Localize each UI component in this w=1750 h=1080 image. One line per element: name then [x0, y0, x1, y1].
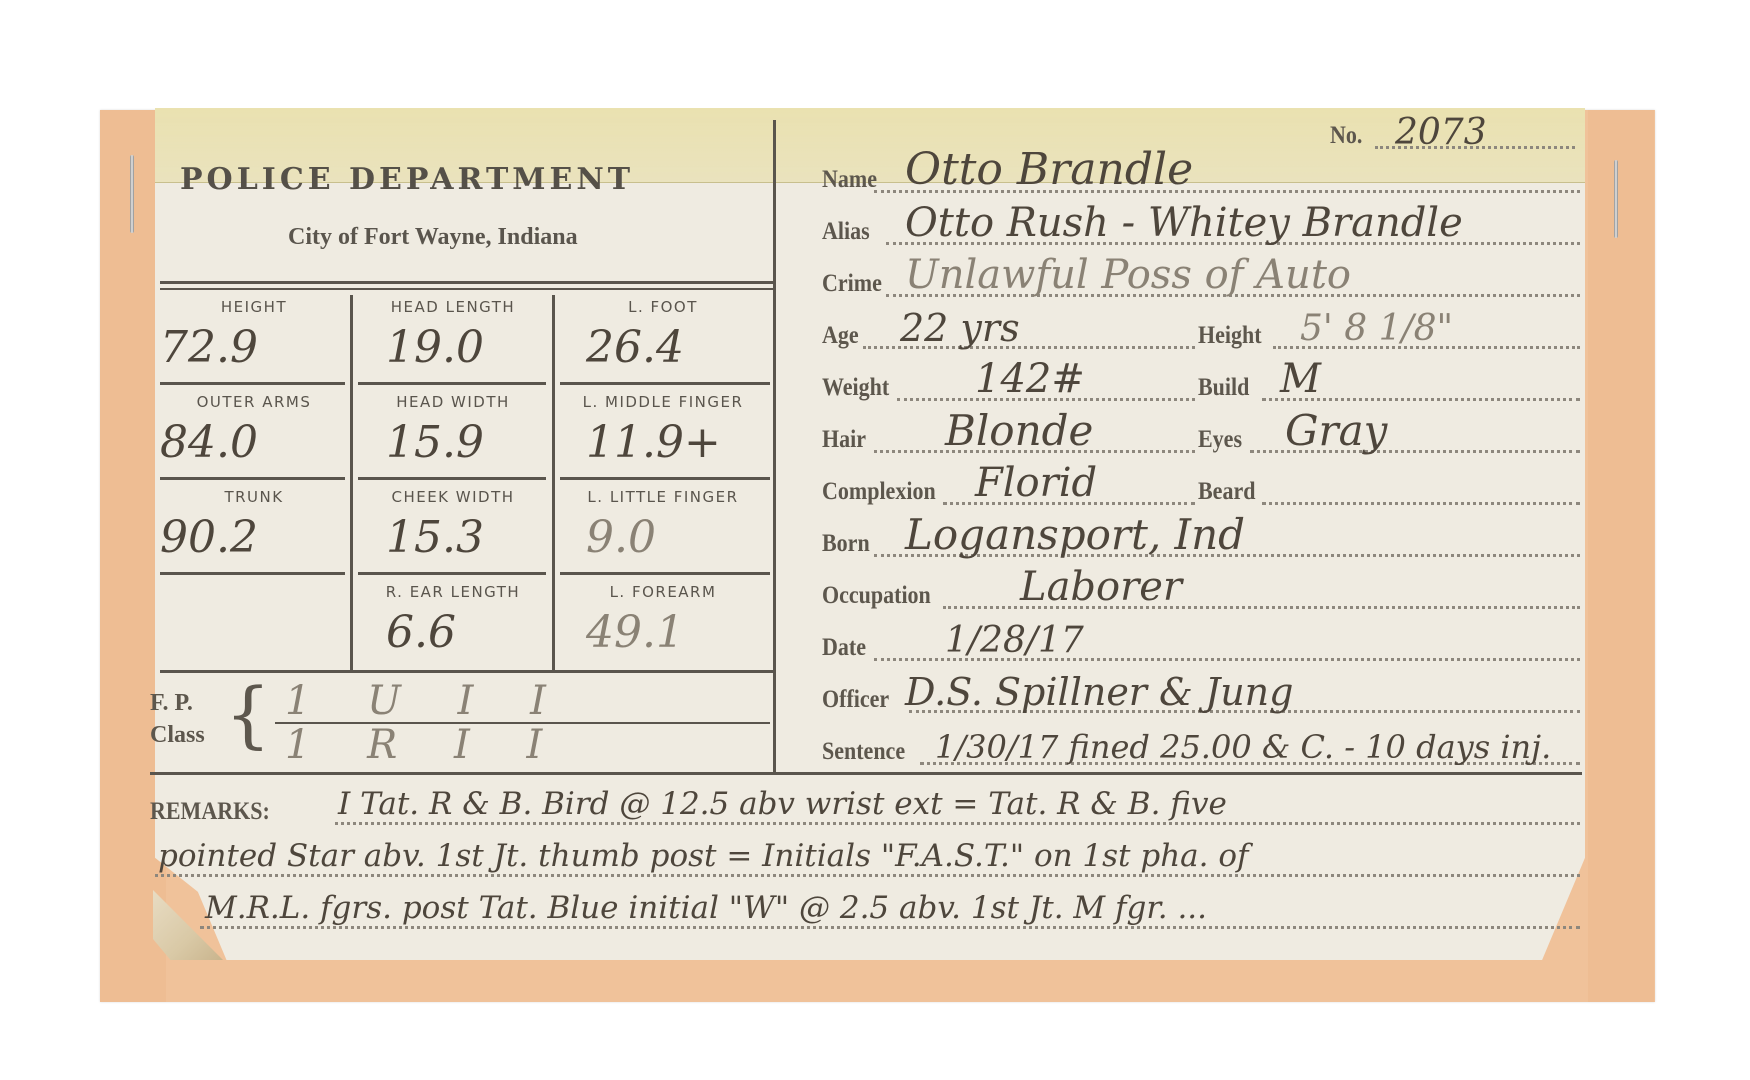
- officer-label: Officer: [822, 686, 889, 714]
- measurement-label: L. FOREARM: [556, 583, 770, 601]
- panel-divider: [773, 120, 776, 775]
- weight-label: Weight: [822, 374, 889, 402]
- measurement-value: 15.3: [386, 512, 484, 563]
- build-label: Build: [1198, 374, 1249, 402]
- measurement-label: HEIGHT: [160, 298, 348, 316]
- measurement-value: 72.9: [160, 322, 258, 373]
- measurement-label: HEAD LENGTH: [356, 298, 550, 316]
- officer-value: D.S. Spillner & Jung: [905, 670, 1293, 714]
- grid-line: [552, 295, 555, 670]
- grid-line: [350, 295, 353, 670]
- dotted-line: [1262, 502, 1581, 505]
- grid-line: [560, 477, 770, 480]
- measurement-label: L. MIDDLE FINGER: [556, 393, 770, 411]
- sentence-value: 1/30/17 fined 25.00 & C. - 10 days inj.: [935, 728, 1551, 766]
- dotted-line: [155, 874, 1580, 877]
- eyes-value: Gray: [1285, 406, 1387, 455]
- measurement-value: 6.6: [386, 607, 456, 658]
- measurement-label: TRUNK: [160, 488, 348, 506]
- remarks-label: REMARKS:: [150, 798, 270, 826]
- grid-line: [358, 382, 546, 385]
- staple-right-icon: [1614, 160, 1618, 238]
- weight-value: 142#: [975, 356, 1085, 402]
- record-number: 2073: [1395, 112, 1487, 153]
- measurement-value: 26.4: [586, 322, 684, 373]
- sentence-label: Sentence: [822, 738, 905, 766]
- measurement-value: 90.2: [160, 512, 258, 563]
- occupation-label: Occupation: [822, 582, 931, 610]
- measurement-label: OUTER ARMS: [160, 393, 348, 411]
- beard-label: Beard: [1198, 478, 1255, 506]
- dotted-line: [335, 822, 1580, 825]
- alias-value: Otto Rush - Whitey Brandle: [905, 200, 1463, 246]
- department-city: City of Fort Wayne, Indiana: [288, 224, 578, 251]
- grid-line: [160, 382, 345, 385]
- name-label: Name: [822, 166, 877, 194]
- remarks-line-1: I Tat. R & B. Bird @ 12.5 abv wrist ext …: [338, 786, 1227, 822]
- class-label: Class: [150, 722, 205, 749]
- header-rule: [160, 281, 773, 284]
- age-value: 22 yrs: [900, 306, 1020, 350]
- grid-line: [160, 477, 345, 480]
- grid-line: [160, 572, 345, 575]
- height-label: Height: [1198, 322, 1262, 350]
- measurement-label: HEAD WIDTH: [356, 393, 550, 411]
- born-label: Born: [822, 530, 870, 558]
- hair-value: Blonde: [945, 406, 1093, 455]
- brace-icon: {: [225, 672, 271, 756]
- number-label: No.: [1330, 122, 1362, 150]
- date-label: Date: [822, 634, 866, 662]
- measurement-value: 84.0: [160, 417, 258, 468]
- name-value: Otto Brandle: [905, 144, 1193, 195]
- eyes-label: Eyes: [1198, 426, 1242, 454]
- backing-right-edge: [1588, 110, 1654, 1002]
- measurement-value: 9.0: [586, 512, 656, 563]
- crime-label: Crime: [822, 270, 882, 298]
- measurement-label: CHEEK WIDTH: [356, 488, 550, 506]
- staple-left-icon: [130, 155, 134, 233]
- remarks-line-3: M.R.L. fgrs. post Tat. Blue initial "W" …: [205, 890, 1207, 926]
- complexion-label: Complexion: [822, 478, 936, 506]
- header-rule-2: [160, 288, 773, 290]
- grid-line: [358, 572, 546, 575]
- grid-line: [560, 572, 770, 575]
- height-value: 5' 8 1/8": [1300, 308, 1453, 349]
- measurement-label: L. LITTLE FINGER: [556, 488, 770, 506]
- hair-label: Hair: [822, 426, 866, 454]
- build-value: M: [1280, 356, 1321, 402]
- fp-label: F. P.: [150, 690, 193, 717]
- measurement-label: R. EAR LENGTH: [356, 583, 550, 601]
- fp-class-top: 1 U I I: [285, 678, 568, 724]
- measurement-value: 19.0: [386, 322, 484, 373]
- measurement-label: L. FOOT: [556, 298, 770, 316]
- measurement-value: 15.9: [386, 417, 484, 468]
- department-title: POLICE DEPARTMENT: [180, 162, 634, 197]
- alias-label: Alias: [822, 218, 870, 246]
- date-value: 1/28/17: [945, 620, 1084, 661]
- crime-value: Unlawful Poss of Auto: [905, 252, 1351, 298]
- occupation-value: Laborer: [1020, 564, 1182, 610]
- fp-class-bottom: 1 R I I: [285, 722, 564, 768]
- dotted-line: [200, 926, 1580, 929]
- grid-line: [358, 477, 546, 480]
- measurement-value: 11.9+: [586, 417, 721, 468]
- complexion-value: Florid: [975, 460, 1097, 506]
- grid-line: [560, 382, 770, 385]
- measurement-value: 49.1: [586, 607, 684, 658]
- remarks-rule: [150, 772, 1582, 775]
- remarks-line-2: pointed Star abv. 1st Jt. thumb post = I…: [158, 838, 1249, 874]
- age-label: Age: [822, 322, 859, 350]
- born-value: Logansport, Ind: [905, 510, 1245, 559]
